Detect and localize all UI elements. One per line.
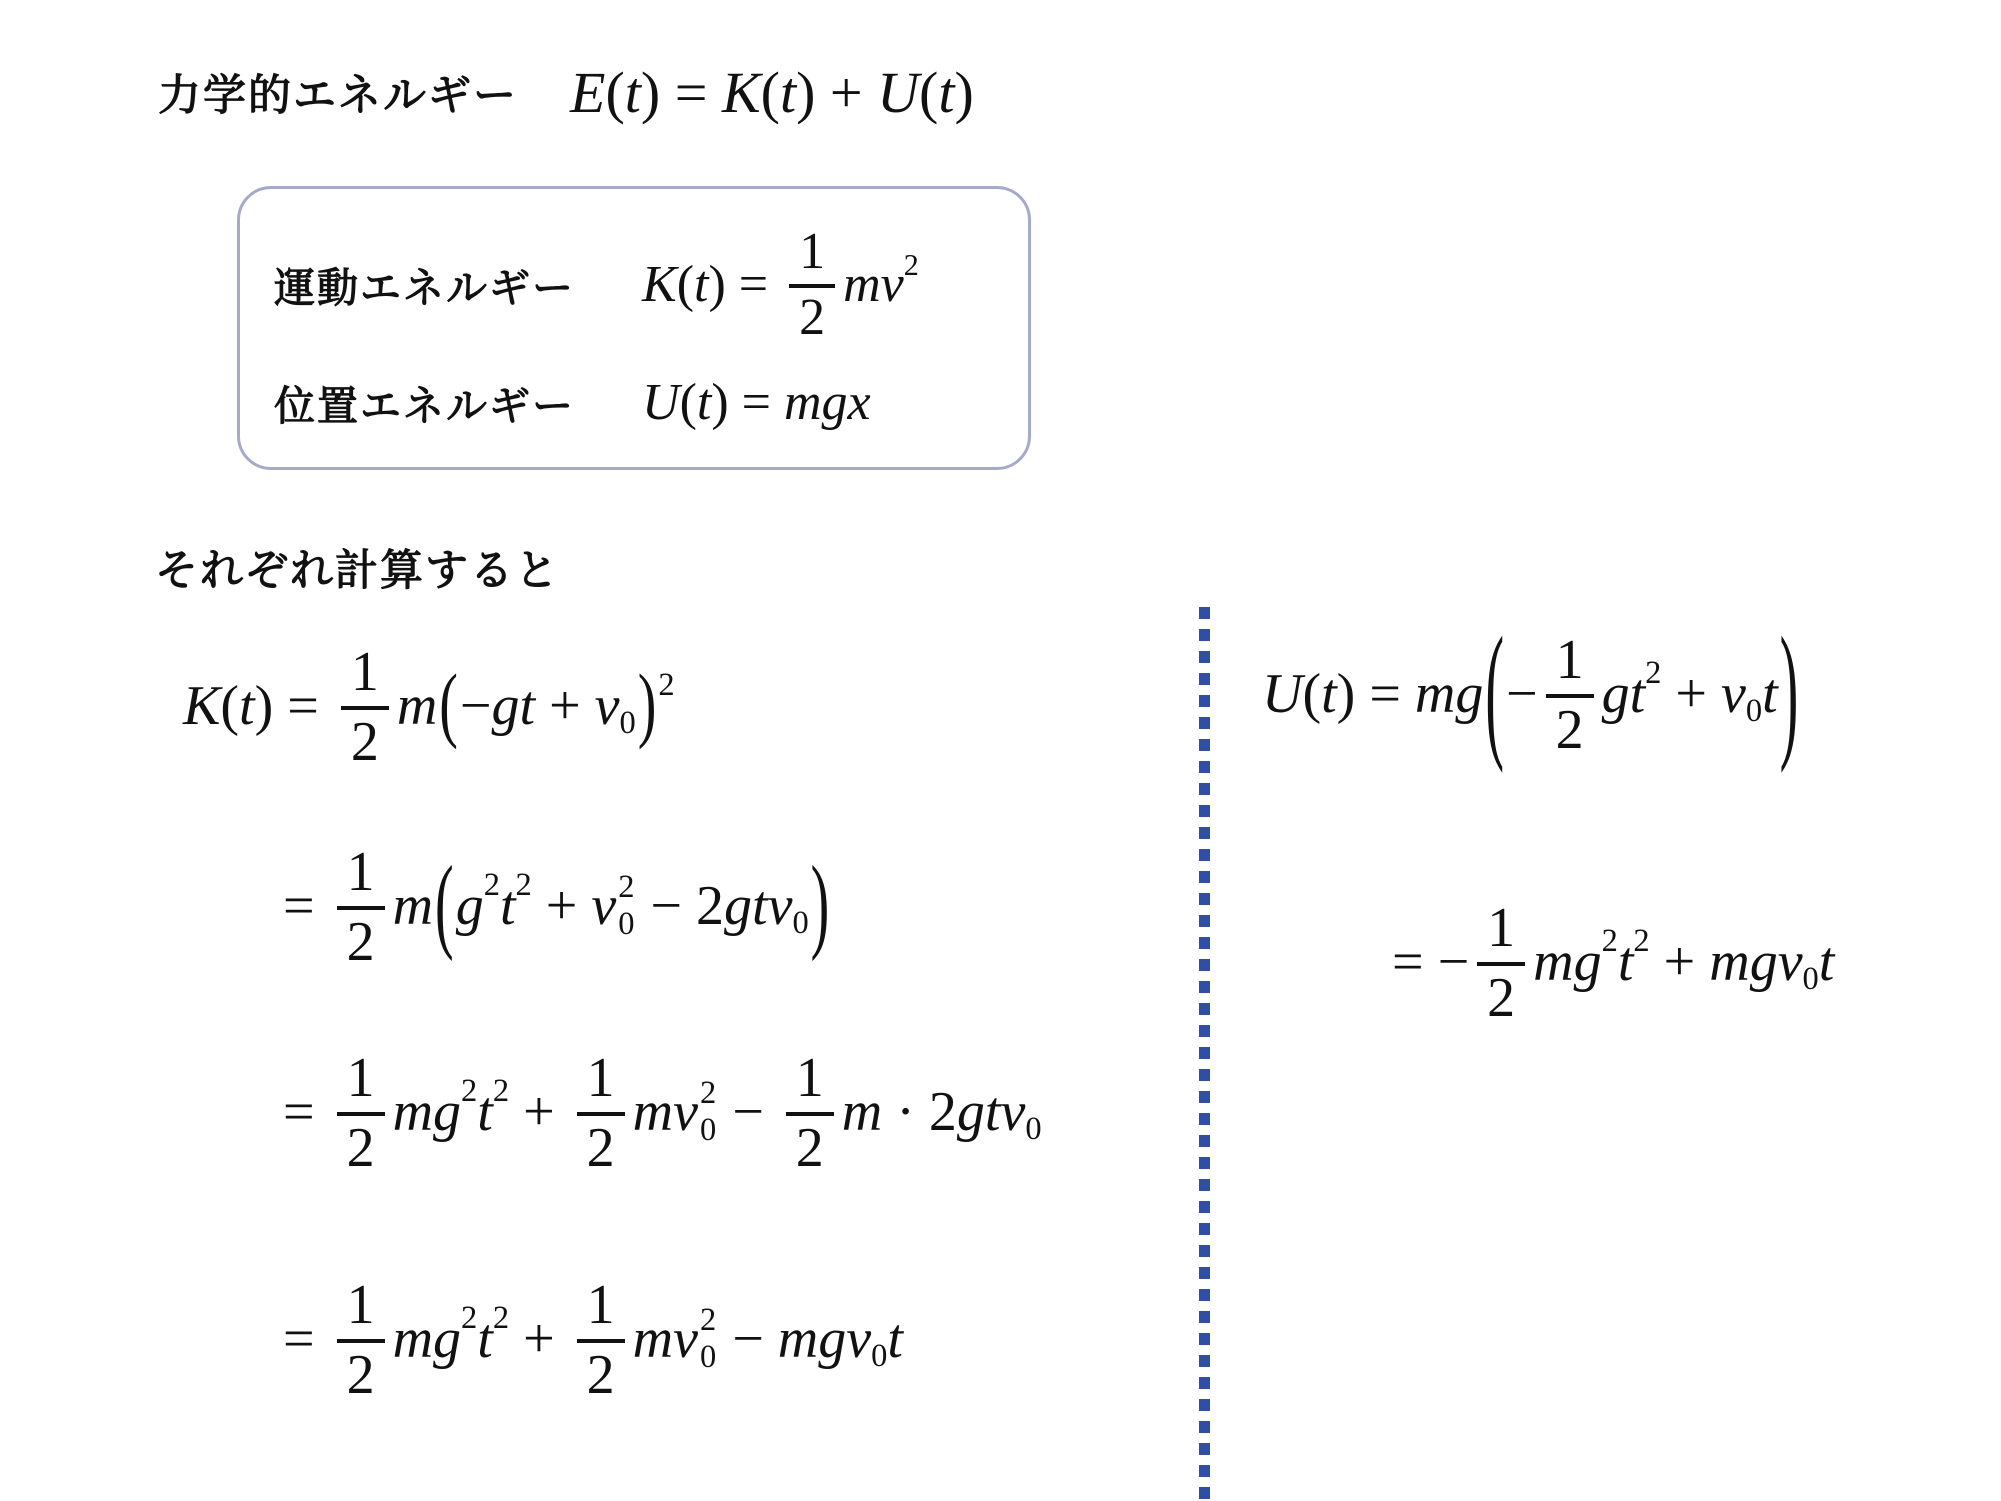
superscript: 2 — [484, 867, 500, 904]
mechanical-energy-equation: E(t) = K(t) + U(t) — [570, 59, 974, 126]
superscript: 2 — [700, 1075, 716, 1112]
math-text: K — [642, 255, 677, 314]
fraction: 12 — [789, 224, 835, 344]
math-text: v — [591, 874, 616, 938]
math-text: mg — [393, 1307, 461, 1371]
superscript: 2 — [516, 867, 532, 904]
fraction-denominator: 2 — [1556, 698, 1584, 758]
section-heading: それぞれ計算すると — [155, 537, 560, 598]
math-text: t — [1762, 662, 1778, 726]
math-text: ) = — [255, 674, 333, 738]
math-text: + — [1650, 930, 1710, 994]
math-text: ( — [1302, 662, 1321, 726]
math-text: ( — [680, 373, 697, 432]
math-text: + — [509, 1307, 569, 1371]
open-paren: ( — [1485, 622, 1504, 766]
superscript-subscript-stack: 20 — [700, 1075, 716, 1150]
math-text: · 2 — [882, 1080, 957, 1144]
math-text: mg — [1533, 930, 1601, 994]
math-text: g — [456, 874, 484, 938]
fraction: 12 — [577, 1048, 625, 1176]
fraction-denominator: 2 — [347, 910, 375, 970]
potential-energy-row: 位置エネルギー U(t) = mgx — [274, 373, 1002, 432]
math-text: ( — [919, 59, 938, 126]
subscript: 0 — [1025, 1111, 1041, 1148]
fraction-numerator: 1 — [337, 1048, 385, 1116]
subscript: 0 — [1746, 693, 1762, 730]
kinetic-derivation-line-4: = 12mg2t2 + 12mv20 − mgv0t — [283, 1275, 903, 1403]
math-text: + — [535, 674, 595, 738]
math-text: + — [509, 1080, 569, 1144]
superscript: 2 — [493, 1300, 509, 1337]
fraction-numerator: 1 — [786, 1048, 834, 1116]
fraction-denominator: 2 — [587, 1116, 615, 1176]
energy-definitions-box: 運動エネルギー K(t) = 12mv2 位置エネルギー U(t) = mgx — [237, 186, 1031, 470]
superscript: 2 — [461, 1073, 477, 1110]
subscript: 0 — [700, 1112, 716, 1149]
superscript: 2 — [658, 667, 674, 704]
math-text: U — [1262, 662, 1302, 726]
lecture-slide: 力学的エネルギー E(t) = K(t) + U(t) 運動エネルギー K(t)… — [0, 0, 2001, 1501]
math-text: t — [625, 59, 641, 126]
math-text: m — [393, 874, 433, 938]
close-paren: ) — [811, 855, 830, 956]
fraction-numerator: 1 — [1477, 898, 1525, 966]
math-text: gt — [1602, 662, 1646, 726]
math-text: + — [532, 874, 592, 938]
math-text: = — [283, 874, 329, 938]
math-text: mv — [633, 1307, 698, 1371]
math-text: E — [570, 59, 605, 126]
close-paren: ) — [1780, 622, 1799, 766]
math-text: K — [183, 674, 220, 738]
math-text: t — [697, 373, 711, 432]
math-text: ) = — [708, 255, 781, 314]
fraction: 12 — [1477, 898, 1525, 1026]
fraction-denominator: 2 — [347, 1343, 375, 1403]
subscript: 0 — [620, 705, 636, 742]
math-text: t — [500, 874, 516, 938]
potential-energy-equation: U(t) = mgx — [642, 373, 871, 432]
subscript: 0 — [1803, 961, 1819, 998]
page-title: 力学的エネルギー — [158, 62, 518, 123]
superscript-subscript-stack: 20 — [700, 1302, 716, 1377]
fraction-numerator: 1 — [577, 1275, 625, 1343]
close-paren: ) — [638, 666, 657, 746]
math-text: − — [718, 1080, 778, 1144]
open-paren: ( — [439, 666, 458, 746]
kinetic-derivation-line-1: K(t) = 12m(−gt + v0)2 — [183, 642, 675, 770]
math-text: m — [397, 674, 437, 738]
math-text: + — [1661, 662, 1721, 726]
fraction-denominator: 2 — [347, 1116, 375, 1176]
fraction-denominator: 2 — [1487, 966, 1515, 1026]
math-text: t — [1618, 930, 1634, 994]
math-text: t — [239, 674, 255, 738]
math-text: gt — [492, 674, 536, 738]
fraction: 12 — [337, 1275, 385, 1403]
math-text: − — [1506, 662, 1538, 726]
superscript: 2 — [1602, 923, 1618, 960]
math-text: ( — [220, 674, 239, 738]
math-text: mgx — [784, 373, 871, 432]
math-text: K — [722, 59, 761, 126]
superscript-subscript-stack: 20 — [618, 869, 634, 944]
math-text: ) — [954, 59, 973, 126]
superscript: 2 — [1645, 655, 1661, 692]
kinetic-derivation-line-2: = 12m(g2t2 + v20 − 2gtv0) — [283, 842, 831, 970]
superscript: 2 — [618, 869, 634, 906]
kinetic-derivation-line-3: = 12mg2t2 + 12mv20 − 12m · 2gtv0 — [283, 1048, 1042, 1176]
kinetic-energy-label: 運動エネルギー — [274, 255, 642, 314]
math-text: t — [1321, 662, 1337, 726]
kinetic-energy-equation: K(t) = 12mv2 — [642, 224, 919, 344]
fraction-denominator: 2 — [587, 1343, 615, 1403]
math-text: t — [477, 1307, 493, 1371]
subscript: 0 — [792, 905, 808, 942]
math-text: t — [1819, 930, 1835, 994]
fraction-denominator: 2 — [351, 710, 379, 770]
math-text: gtv — [957, 1080, 1025, 1144]
math-text: ) = — [641, 59, 722, 126]
potential-energy-label: 位置エネルギー — [274, 373, 642, 432]
fraction-numerator: 1 — [789, 224, 835, 288]
math-text: mv — [633, 1080, 698, 1144]
math-text: m — [842, 1080, 882, 1144]
subscript: 0 — [700, 1339, 716, 1376]
fraction-numerator: 1 — [341, 642, 389, 710]
math-text: − — [460, 674, 492, 738]
fraction: 12 — [337, 1048, 385, 1176]
fraction-denominator: 2 — [799, 288, 825, 344]
math-text: U — [642, 373, 680, 432]
fraction: 12 — [577, 1275, 625, 1403]
math-text: t — [694, 255, 708, 314]
math-text: mgv — [778, 1307, 871, 1371]
math-text: t — [887, 1307, 903, 1371]
superscript: 2 — [1633, 923, 1649, 960]
math-text: mgv — [1709, 930, 1802, 994]
fraction-numerator: 1 — [337, 842, 385, 910]
subscript: 0 — [618, 906, 634, 943]
fraction-numerator: 1 — [1546, 630, 1594, 698]
math-text: ) = — [1337, 662, 1415, 726]
math-text: = — [283, 1080, 329, 1144]
superscript: 2 — [700, 1302, 716, 1339]
fraction-denominator: 2 — [796, 1116, 824, 1176]
math-text: v — [1721, 662, 1746, 726]
math-text: − — [718, 1307, 778, 1371]
superscript: 2 — [493, 1073, 509, 1110]
fraction-numerator: 1 — [337, 1275, 385, 1343]
math-text: t — [938, 59, 954, 126]
math-text: mv — [843, 255, 904, 314]
open-paren: ( — [435, 855, 454, 956]
math-text: t — [780, 59, 796, 126]
math-text: ) + — [796, 59, 877, 126]
subscript: 0 — [871, 1338, 887, 1375]
fraction: 12 — [341, 642, 389, 770]
math-text: ( — [761, 59, 780, 126]
math-text: ) = — [711, 373, 784, 432]
math-text: mg — [1415, 662, 1483, 726]
column-divider — [1199, 607, 1210, 1501]
math-text: gtv — [724, 874, 792, 938]
fraction: 12 — [1546, 630, 1594, 758]
fraction-numerator: 1 — [577, 1048, 625, 1116]
math-text: = − — [1392, 930, 1469, 994]
fraction: 12 — [786, 1048, 834, 1176]
math-text: U — [877, 59, 919, 126]
math-text: = — [283, 1307, 329, 1371]
superscript: 2 — [461, 1300, 477, 1337]
math-text: ( — [605, 59, 624, 126]
title-row: 力学的エネルギー E(t) = K(t) + U(t) — [158, 48, 974, 136]
superscript: 2 — [904, 248, 919, 283]
fraction: 12 — [337, 842, 385, 970]
math-text: mg — [393, 1080, 461, 1144]
potential-derivation-line-1: U(t) = mg(−12gt2 + v0t) — [1262, 630, 1800, 758]
potential-derivation-line-2: = −12mg2t2 + mgv0t — [1392, 898, 1834, 1026]
math-text: v — [595, 674, 620, 738]
math-text: ( — [677, 255, 694, 314]
math-text: t — [477, 1080, 493, 1144]
math-text: − 2 — [636, 874, 724, 938]
kinetic-energy-row: 運動エネルギー K(t) = 12mv2 — [274, 224, 1002, 344]
